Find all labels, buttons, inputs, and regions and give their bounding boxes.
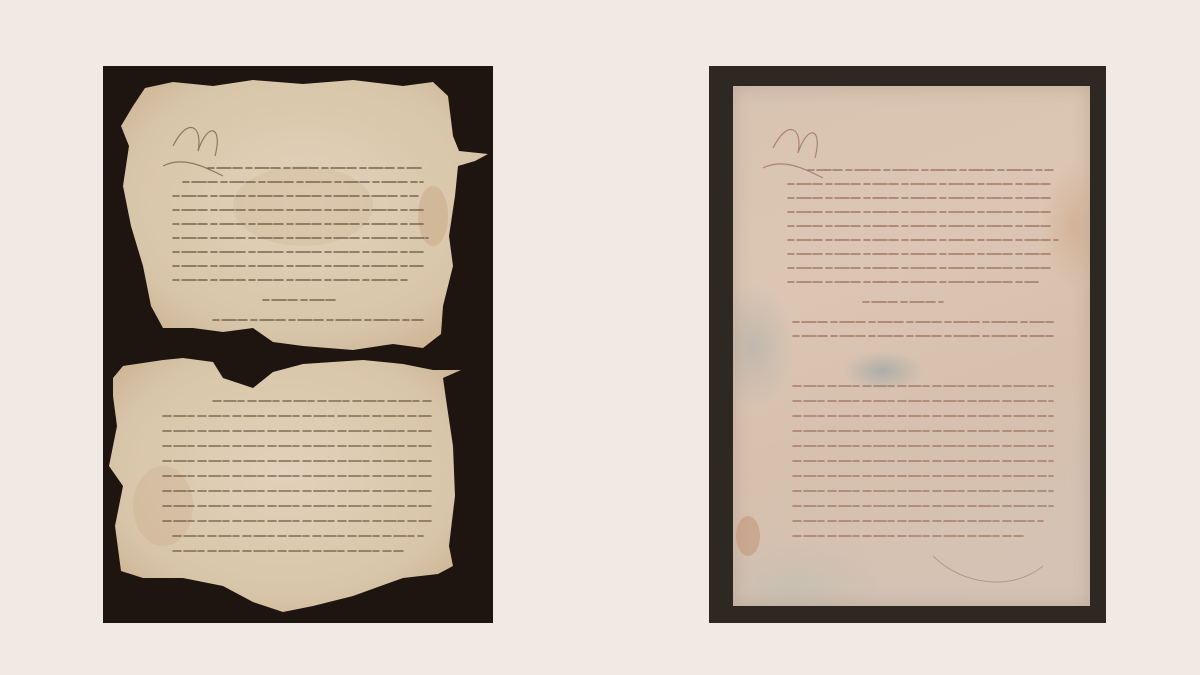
- manuscript-after-restoration: [709, 66, 1106, 623]
- restored-parchment-sheet: [733, 86, 1090, 606]
- torn-parchment-fragments: [103, 66, 493, 623]
- manuscript-before-restoration: [103, 66, 493, 623]
